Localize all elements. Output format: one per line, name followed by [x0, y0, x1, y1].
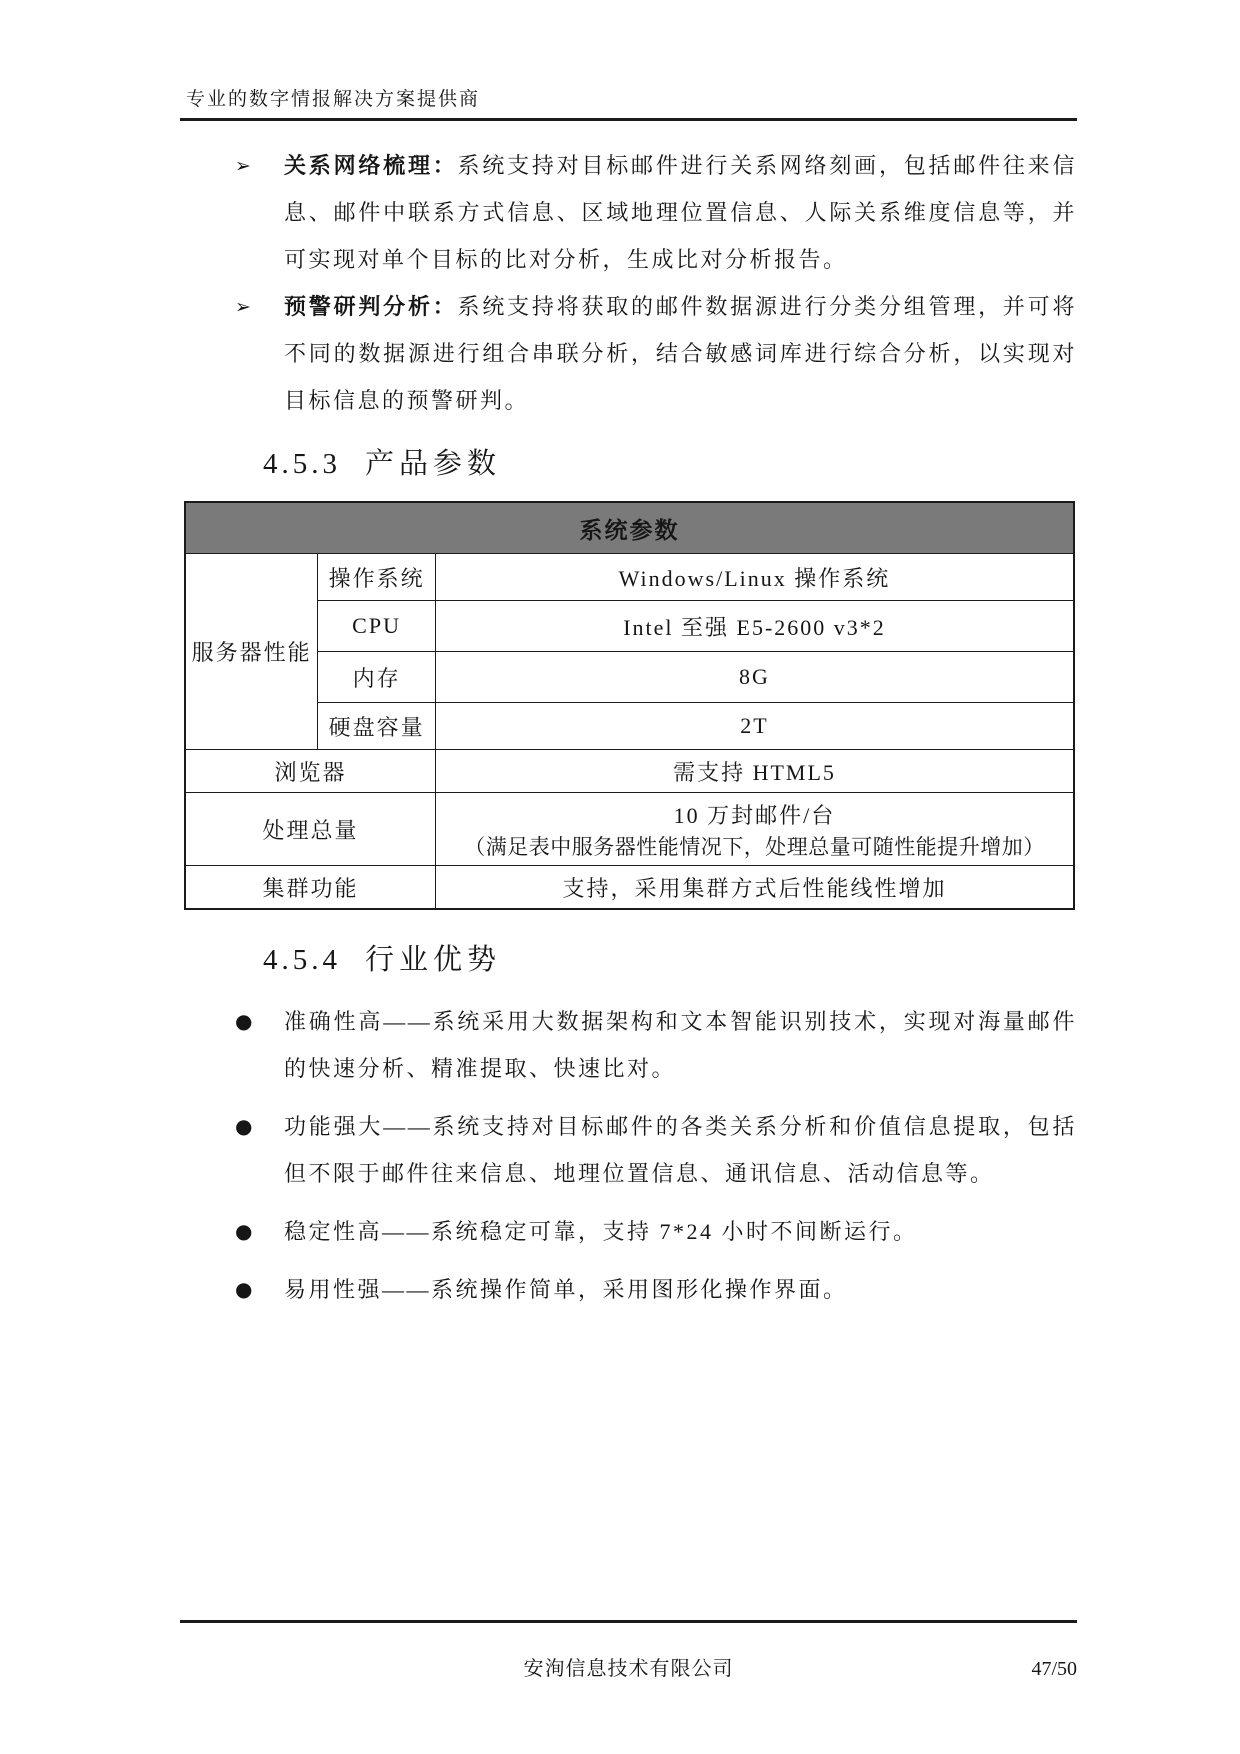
param-label-disk: 硬盘容量 — [318, 703, 436, 750]
advantage-text: 功能强大——系统支持对目标邮件的各类关系分析和价值信息提取，包括但不限于邮件往来… — [284, 1114, 1077, 1186]
param-label-os: 操作系统 — [318, 554, 436, 601]
footer-page-number: 47/50 — [1031, 1652, 1077, 1686]
param-label-cluster: 集群功能 — [185, 866, 435, 910]
param-label-memory: 内存 — [318, 652, 436, 703]
advantage-list: ●准确性高——系统采用大数据架构和文本智能识别技术，实现对海量邮件的快速分析、精… — [180, 998, 1077, 1313]
section-title: 产品参数 — [365, 448, 501, 480]
advantage-item-stability: ●稳定性高——系统稳定可靠，支持 7*24 小时不间断运行。 — [180, 1208, 1077, 1255]
system-parameters-table: 系统参数 服务器性能 操作系统 Windows/Linux 操作系统 CPU I… — [184, 501, 1075, 910]
section-heading-industry-advantages: 4.5.4行业优势 — [263, 938, 1077, 982]
advantage-text: 稳定性高——系统稳定可靠，支持 7*24 小时不间断运行。 — [284, 1219, 918, 1244]
document-page: 专业的数字情报解决方案提供商 ➢关系网络梳理：系统支持对目标邮件进行关系网络刻画… — [0, 0, 1240, 1754]
round-bullet-icon: ● — [235, 1208, 252, 1255]
param-label-browser: 浏览器 — [185, 750, 435, 793]
footer-company-name: 安洵信息技术有限公司 — [180, 1652, 1077, 1686]
throughput-value-main: 10 万封邮件/台 — [440, 796, 1069, 832]
footer-rule — [180, 1620, 1077, 1623]
param-value-os: Windows/Linux 操作系统 — [435, 554, 1074, 601]
param-value-browser: 需支持 HTML5 — [435, 750, 1074, 793]
feature-bullet-label: 预警研判分析： — [284, 294, 458, 319]
feature-bullet-warning-analysis: ➢预警研判分析：系统支持将获取的邮件数据源进行分类分组管理，并可将不同的数据源进… — [180, 283, 1077, 424]
advantage-text: 准确性高——系统采用大数据架构和文本智能识别技术，实现对海量邮件的快速分析、精准… — [284, 1009, 1077, 1081]
param-label-throughput: 处理总量 — [185, 793, 435, 866]
param-value-throughput: 10 万封邮件/台 （满足表中服务器性能情况下，处理总量可随性能提升增加） — [435, 793, 1074, 866]
param-value-cluster: 支持，采用集群方式后性能线性增加 — [435, 866, 1074, 910]
section-number: 4.5.3 — [263, 448, 341, 480]
section-heading-product-parameters: 4.5.3产品参数 — [263, 442, 1077, 486]
round-bullet-icon: ● — [235, 1266, 252, 1313]
param-value-disk: 2T — [435, 703, 1074, 750]
param-value-cpu: Intel 至强 E5-2600 v3*2 — [435, 601, 1074, 652]
server-performance-group-label: 服务器性能 — [185, 554, 318, 750]
advantage-text: 易用性强——系统操作简单，采用图形化操作界面。 — [284, 1277, 848, 1302]
param-value-memory: 8G — [435, 652, 1074, 703]
page-header: 专业的数字情报解决方案提供商 — [180, 84, 1077, 121]
round-bullet-icon: ● — [235, 998, 252, 1045]
page-body: ➢关系网络梳理：系统支持对目标邮件进行关系网络刻画，包括邮件往来信息、邮件中联系… — [180, 142, 1077, 1324]
section-title: 行业优势 — [365, 944, 501, 976]
feature-bullet-label: 关系网络梳理： — [284, 153, 458, 178]
param-label-cpu: CPU — [318, 601, 436, 652]
page-footer: 安洵信息技术有限公司 47/50 — [180, 1652, 1077, 1686]
header-brand-text: 专业的数字情报解决方案提供商 — [180, 84, 1077, 111]
feature-bullet-relationship-network: ➢关系网络梳理：系统支持对目标邮件进行关系网络刻画，包括邮件往来信息、邮件中联系… — [180, 142, 1077, 283]
throughput-value-note: （满足表中服务器性能情况下，处理总量可随性能提升增加） — [440, 832, 1069, 862]
table-title: 系统参数 — [185, 502, 1074, 554]
section-number: 4.5.4 — [263, 944, 341, 976]
arrow-bullet-icon: ➢ — [235, 284, 251, 331]
advantage-item-capability: ●功能强大——系统支持对目标邮件的各类关系分析和价值信息提取，包括但不限于邮件往… — [180, 1103, 1077, 1197]
advantage-item-accuracy: ●准确性高——系统采用大数据架构和文本智能识别技术，实现对海量邮件的快速分析、精… — [180, 998, 1077, 1092]
arrow-bullet-icon: ➢ — [235, 143, 251, 190]
round-bullet-icon: ● — [235, 1103, 252, 1150]
advantage-item-usability: ●易用性强——系统操作简单，采用图形化操作界面。 — [180, 1266, 1077, 1313]
